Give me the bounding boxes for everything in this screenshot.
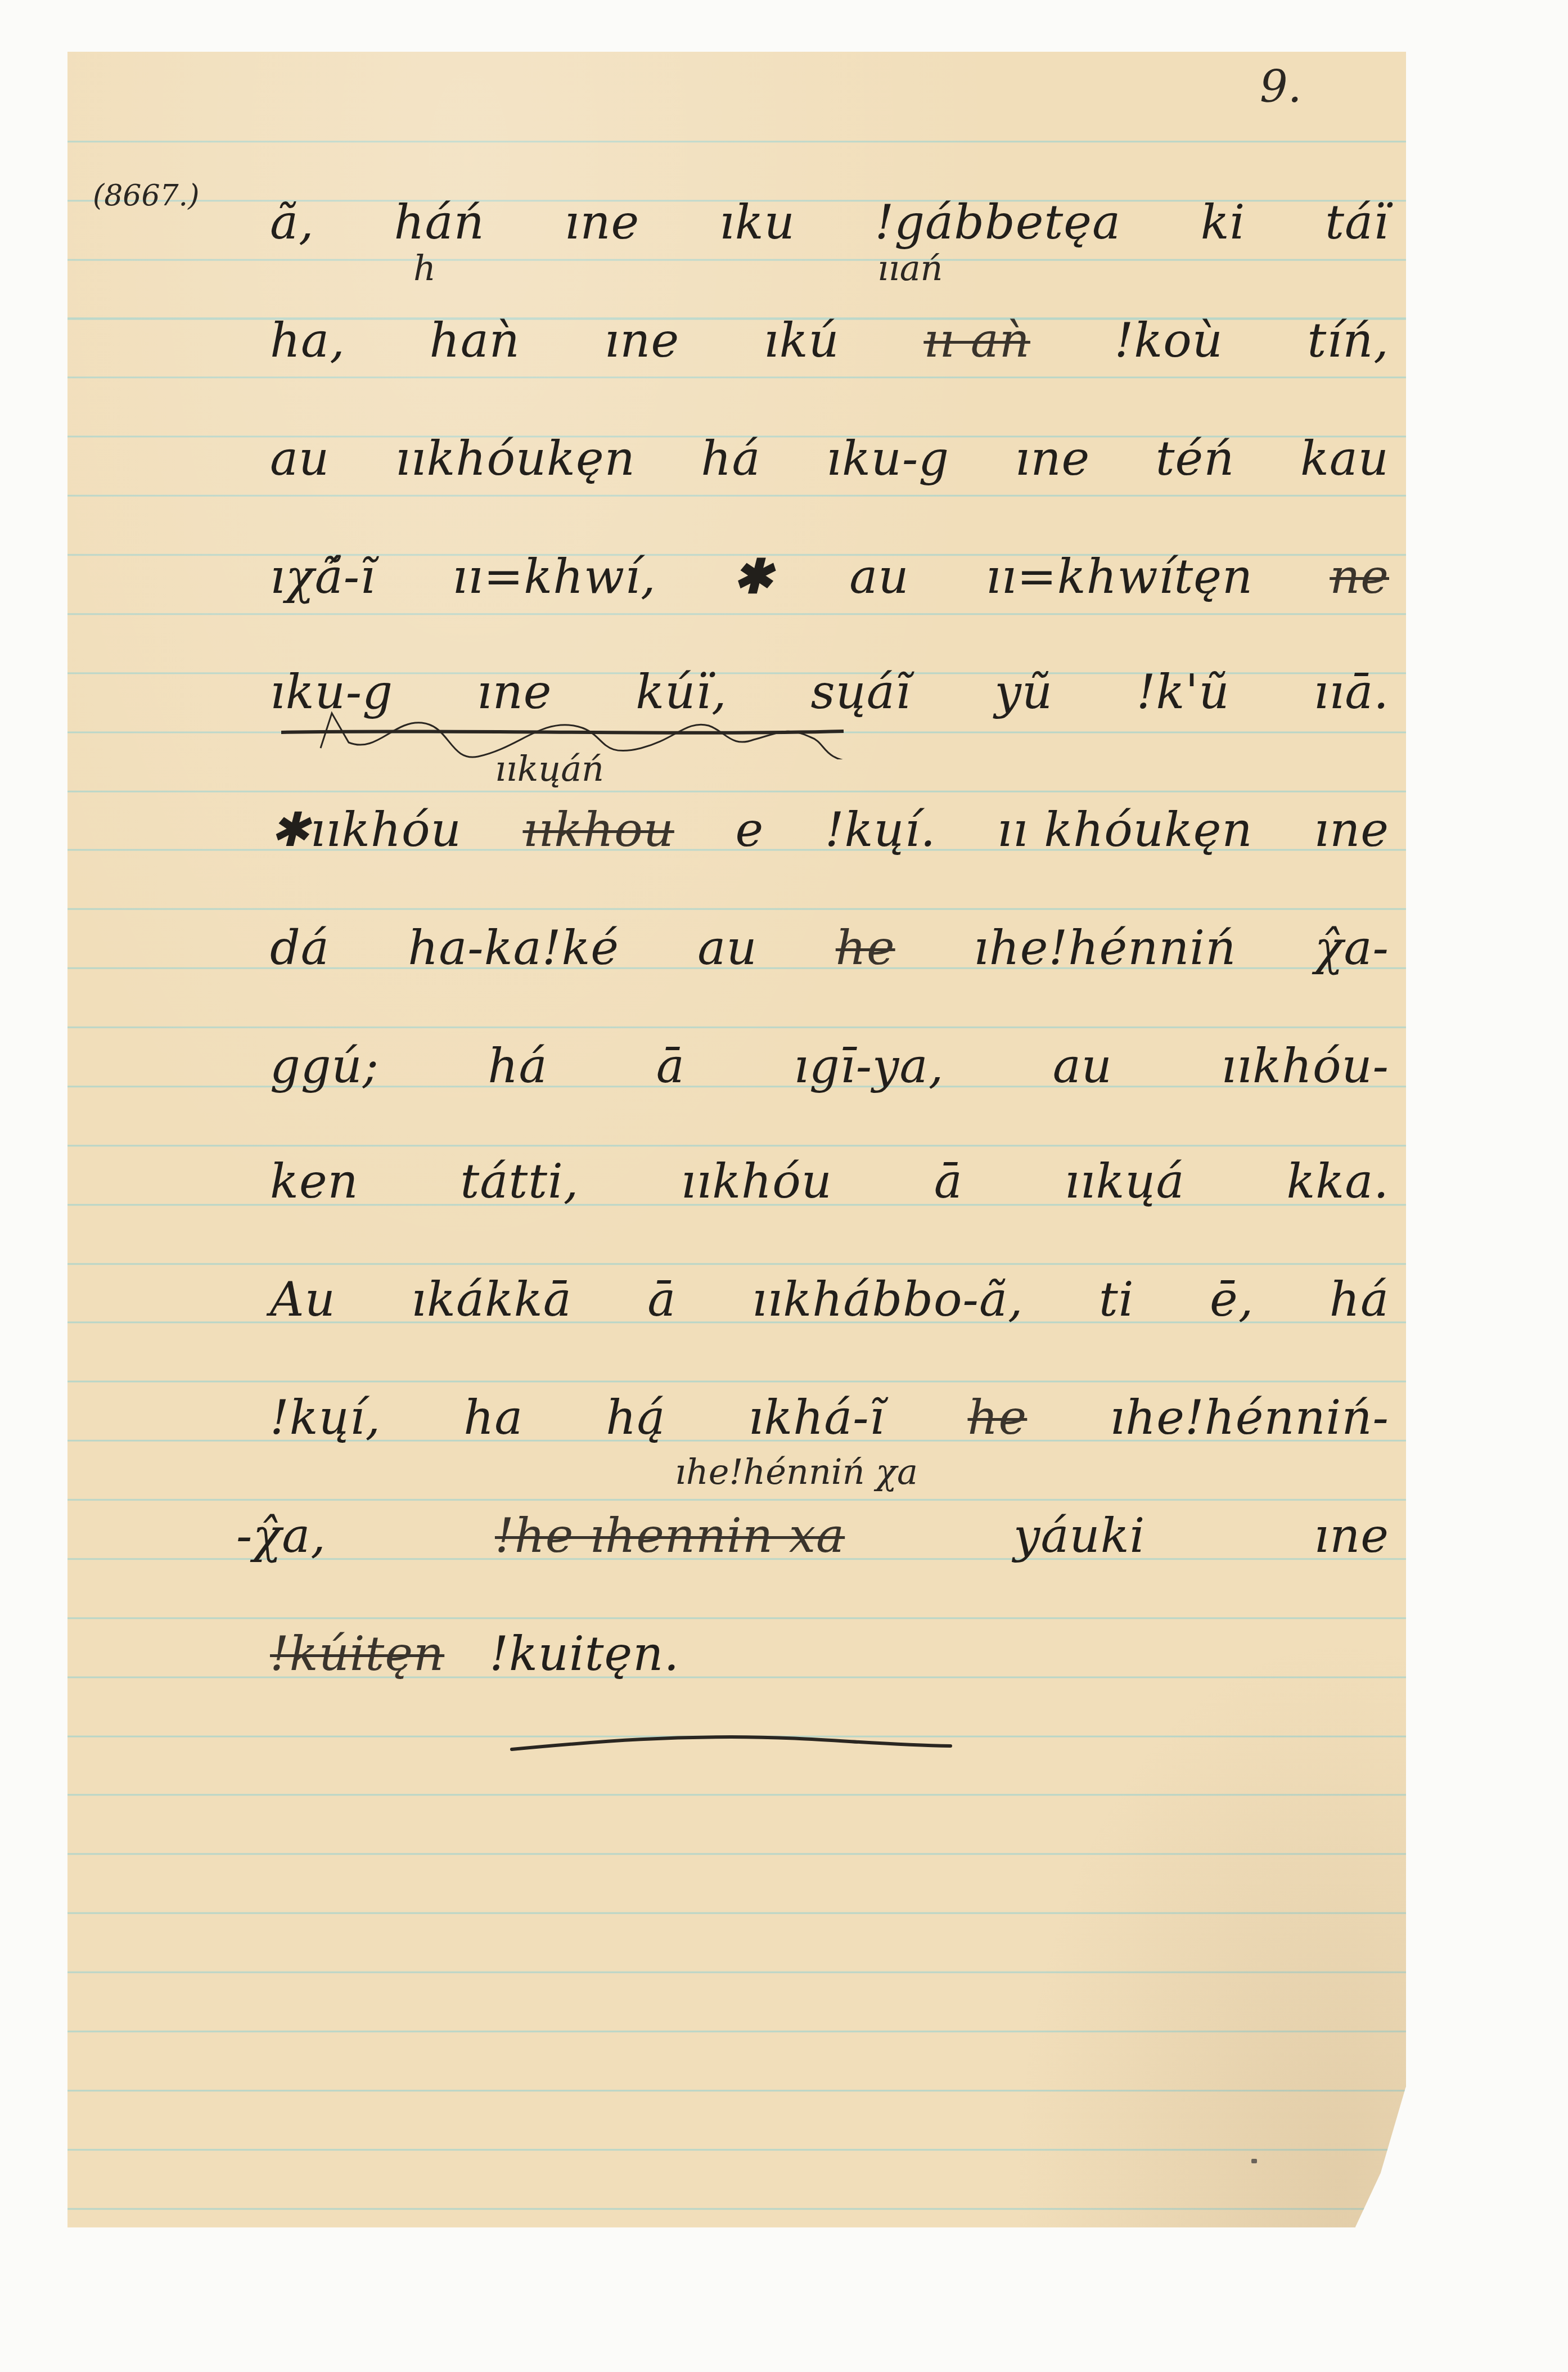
- word: ıhe!hénniń-: [1110, 1389, 1389, 1446]
- word: ıgī-ya,: [794, 1038, 944, 1094]
- word: ıkú: [764, 312, 840, 368]
- word: ti: [1099, 1271, 1134, 1327]
- word: téń: [1156, 430, 1235, 487]
- word: ıne: [1314, 1507, 1389, 1564]
- word: !kųí.: [825, 802, 936, 858]
- word: ken: [270, 1153, 359, 1209]
- word: ıı=khwí,: [452, 548, 656, 605]
- word: ıne: [565, 194, 640, 250]
- word: ııkhóukęn: [395, 430, 636, 487]
- struck-word: !he ıhennin xa: [495, 1507, 845, 1564]
- word: ıne: [604, 312, 679, 368]
- word: ıkákkā: [411, 1271, 572, 1327]
- word: au: [270, 430, 330, 487]
- struck-word: ııkhou: [522, 802, 674, 858]
- word: ✱ııkhóu: [270, 802, 462, 858]
- word: -χ̂a,: [236, 1507, 326, 1564]
- word: ııkųá: [1065, 1153, 1185, 1209]
- word: yáuki: [1013, 1507, 1145, 1564]
- word: ki: [1201, 194, 1246, 250]
- wavy-deletion-stroke: [281, 709, 1069, 759]
- margin-reference-number: (8667.): [93, 179, 199, 213]
- word: ıı khóukęn: [997, 802, 1253, 858]
- manuscript-line-1: ã, háń ıne ıku !gábbetęa ki táï: [270, 194, 1389, 250]
- manuscript-line-8: ggú; há ā ıgī-ya, au ııkhóu-: [270, 1038, 1389, 1094]
- struck-word: ne: [1330, 548, 1389, 605]
- manuscript-line-12: -χ̂a, !he ıhennin xa yáuki ıne: [236, 1507, 1389, 1564]
- word: ıne: [1314, 802, 1389, 858]
- word: tíń,: [1308, 312, 1389, 368]
- word: ã,: [270, 194, 314, 250]
- word: e: [735, 802, 764, 858]
- word: háń: [394, 194, 485, 250]
- manuscript-line-9: ken tátti, ııkhóu ā ııkųá kka.: [270, 1153, 1389, 1209]
- struck-word: !kúitęn: [270, 1626, 444, 1682]
- word: ē,: [1210, 1271, 1254, 1327]
- word: ā: [647, 1271, 676, 1327]
- word: ıkhá-ĩ: [748, 1389, 885, 1446]
- word: Au: [270, 1271, 336, 1327]
- closing-rule-line: [506, 1732, 956, 1755]
- word: kka.: [1286, 1153, 1389, 1209]
- word: ha,: [270, 312, 345, 368]
- word: ııkhóu-: [1221, 1038, 1389, 1094]
- word: ıku-g: [826, 430, 949, 487]
- manuscript-line-10: Au ıkákkā ā ııkhábbo-ã, ti ē, há: [270, 1271, 1389, 1327]
- manuscript-paper: [67, 52, 1406, 2227]
- word: ha-ka!ké: [408, 920, 619, 976]
- word: há: [701, 430, 760, 487]
- manuscript-line-4: ıχã́-ĩ ıı=khwí, ✱ au ıı=khwítęn ne: [270, 548, 1389, 605]
- word: !kuitęn.: [489, 1626, 679, 1682]
- word: ııā.: [1313, 664, 1389, 720]
- word: há: [488, 1038, 547, 1094]
- word: ggú;: [270, 1038, 379, 1094]
- manuscript-line-2: ha, haǹ ıne ıkú ıı aǹ !koù tíń,: [270, 312, 1389, 368]
- word: !gábbetęa: [875, 194, 1121, 250]
- word: au: [1053, 1038, 1112, 1094]
- word: ıχã́-ĩ: [270, 548, 376, 605]
- word: ā: [934, 1153, 963, 1209]
- interlinear-correction: h: [413, 247, 436, 289]
- word: hą́: [606, 1389, 665, 1446]
- word: dá: [270, 920, 330, 976]
- struck-word: he: [836, 920, 895, 976]
- manuscript-line-11: !kųí, ha hą́ ıkhá-ĩ he ıhe!hénniń-: [270, 1389, 1389, 1446]
- word: ııkhóu: [681, 1153, 832, 1209]
- word: há: [1330, 1271, 1389, 1327]
- word: ıhe!hénniń: [974, 920, 1236, 976]
- word: kau: [1300, 430, 1389, 487]
- word: ha: [463, 1389, 523, 1446]
- word: ıku: [719, 194, 795, 250]
- struck-word: ıı aǹ: [923, 312, 1030, 368]
- word: haǹ: [430, 312, 520, 368]
- word: !kųí,: [270, 1389, 381, 1446]
- word: au: [697, 920, 757, 976]
- interlinear-correction: ıhe!hénniń χa: [675, 1451, 918, 1492]
- manuscript-line-7: dá ha-ka!ké au he ıhe!hénniń χ̂a-: [270, 920, 1389, 976]
- word: au: [849, 548, 909, 605]
- word: ā: [656, 1038, 685, 1094]
- interlinear-correction: ııań: [877, 247, 943, 289]
- page-number: 9.: [1260, 62, 1301, 112]
- word: !k'ũ: [1137, 664, 1230, 720]
- ink-speck: [1251, 2159, 1257, 2163]
- word: tátti,: [461, 1153, 579, 1209]
- struck-word: he: [967, 1389, 1027, 1446]
- word: ııkhábbo-ã,: [752, 1271, 1024, 1327]
- word: χ̂a-: [1315, 920, 1389, 976]
- word: ıne: [1015, 430, 1091, 487]
- insertion-asterisk-icon: ✱: [733, 548, 773, 605]
- word: !koù: [1115, 312, 1223, 368]
- interlinear-correction: ııkųáń: [495, 748, 604, 789]
- manuscript-line-6: ✱ııkhóu ııkhou e !kųí. ıı khóukęn ıne: [270, 802, 1389, 858]
- word: ıı=khwítęn: [986, 548, 1253, 605]
- word: táï: [1325, 194, 1389, 250]
- manuscript-line-13: !kúitęn !kuitęn.: [270, 1626, 776, 1682]
- manuscript-line-3: au ııkhóukęn há ıku-g ıne téń kau: [270, 430, 1389, 487]
